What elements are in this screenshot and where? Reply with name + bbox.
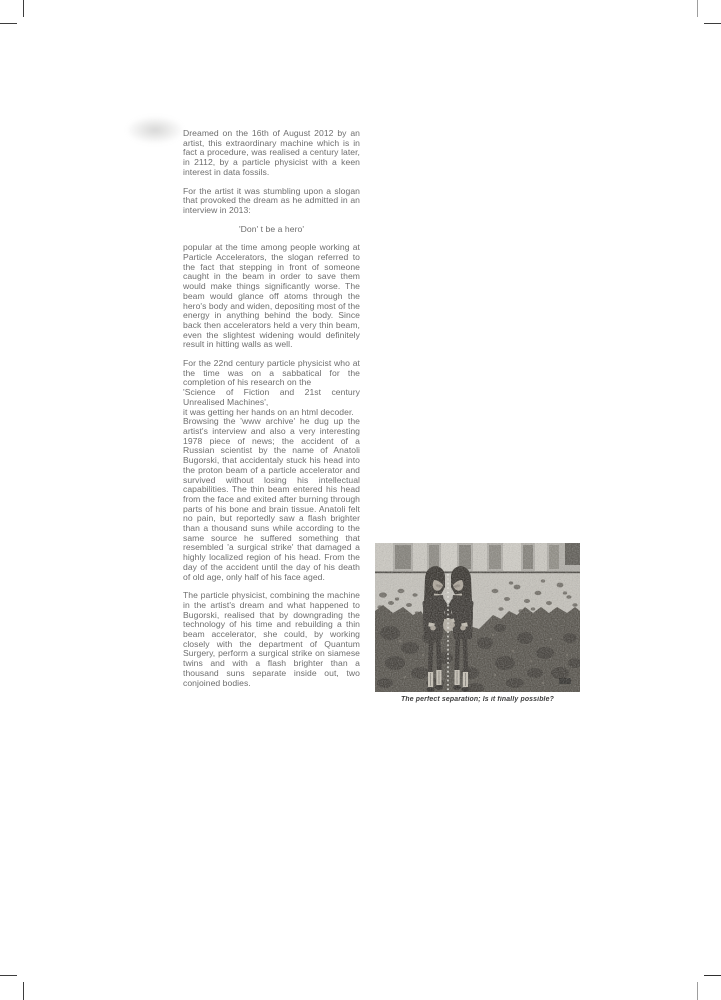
scan-smudge [126,116,184,144]
paragraph-conclusion: The particle physicist, combining the ma… [183,591,360,688]
scanned-page: Dreamed on the 16th of August 2012 by an… [0,0,721,1000]
paragraph-research-title: 'Science of Fiction and 21st century Unr… [183,388,360,407]
photo-caption: The perfect separation; Is it finally po… [375,696,580,703]
crop-mark-top-left-horizontal [0,23,17,24]
crop-mark-bottom-left-vertical [23,982,24,1000]
paragraph-bugorski: Browsing the 'www archive' he dug up the… [183,417,360,582]
paragraph-physicist: For the 22nd century particle physicist … [183,359,360,388]
crop-mark-bottom-left-horizontal [0,975,17,976]
twins-photo [375,543,580,692]
crop-mark-top-left-vertical [23,0,24,17]
paragraph-beam-danger: popular at the time among people working… [183,243,360,350]
paragraph-slogan-intro: For the artist it was stumbling upon a s… [183,187,360,216]
slogan-quote: 'Don' t be a hero' [183,225,360,235]
crop-mark-bottom-right-vertical [697,982,698,1000]
crop-mark-top-right-horizontal [704,23,721,24]
photo-figure: The perfect separation; Is it finally po… [375,543,580,703]
crop-mark-bottom-right-horizontal [704,975,721,976]
article-column: Dreamed on the 16th of August 2012 by an… [183,129,360,697]
photo-grain [375,543,580,692]
paragraph-dreamed: Dreamed on the 16th of August 2012 by an… [183,129,360,178]
crop-mark-top-right-vertical [697,0,698,17]
